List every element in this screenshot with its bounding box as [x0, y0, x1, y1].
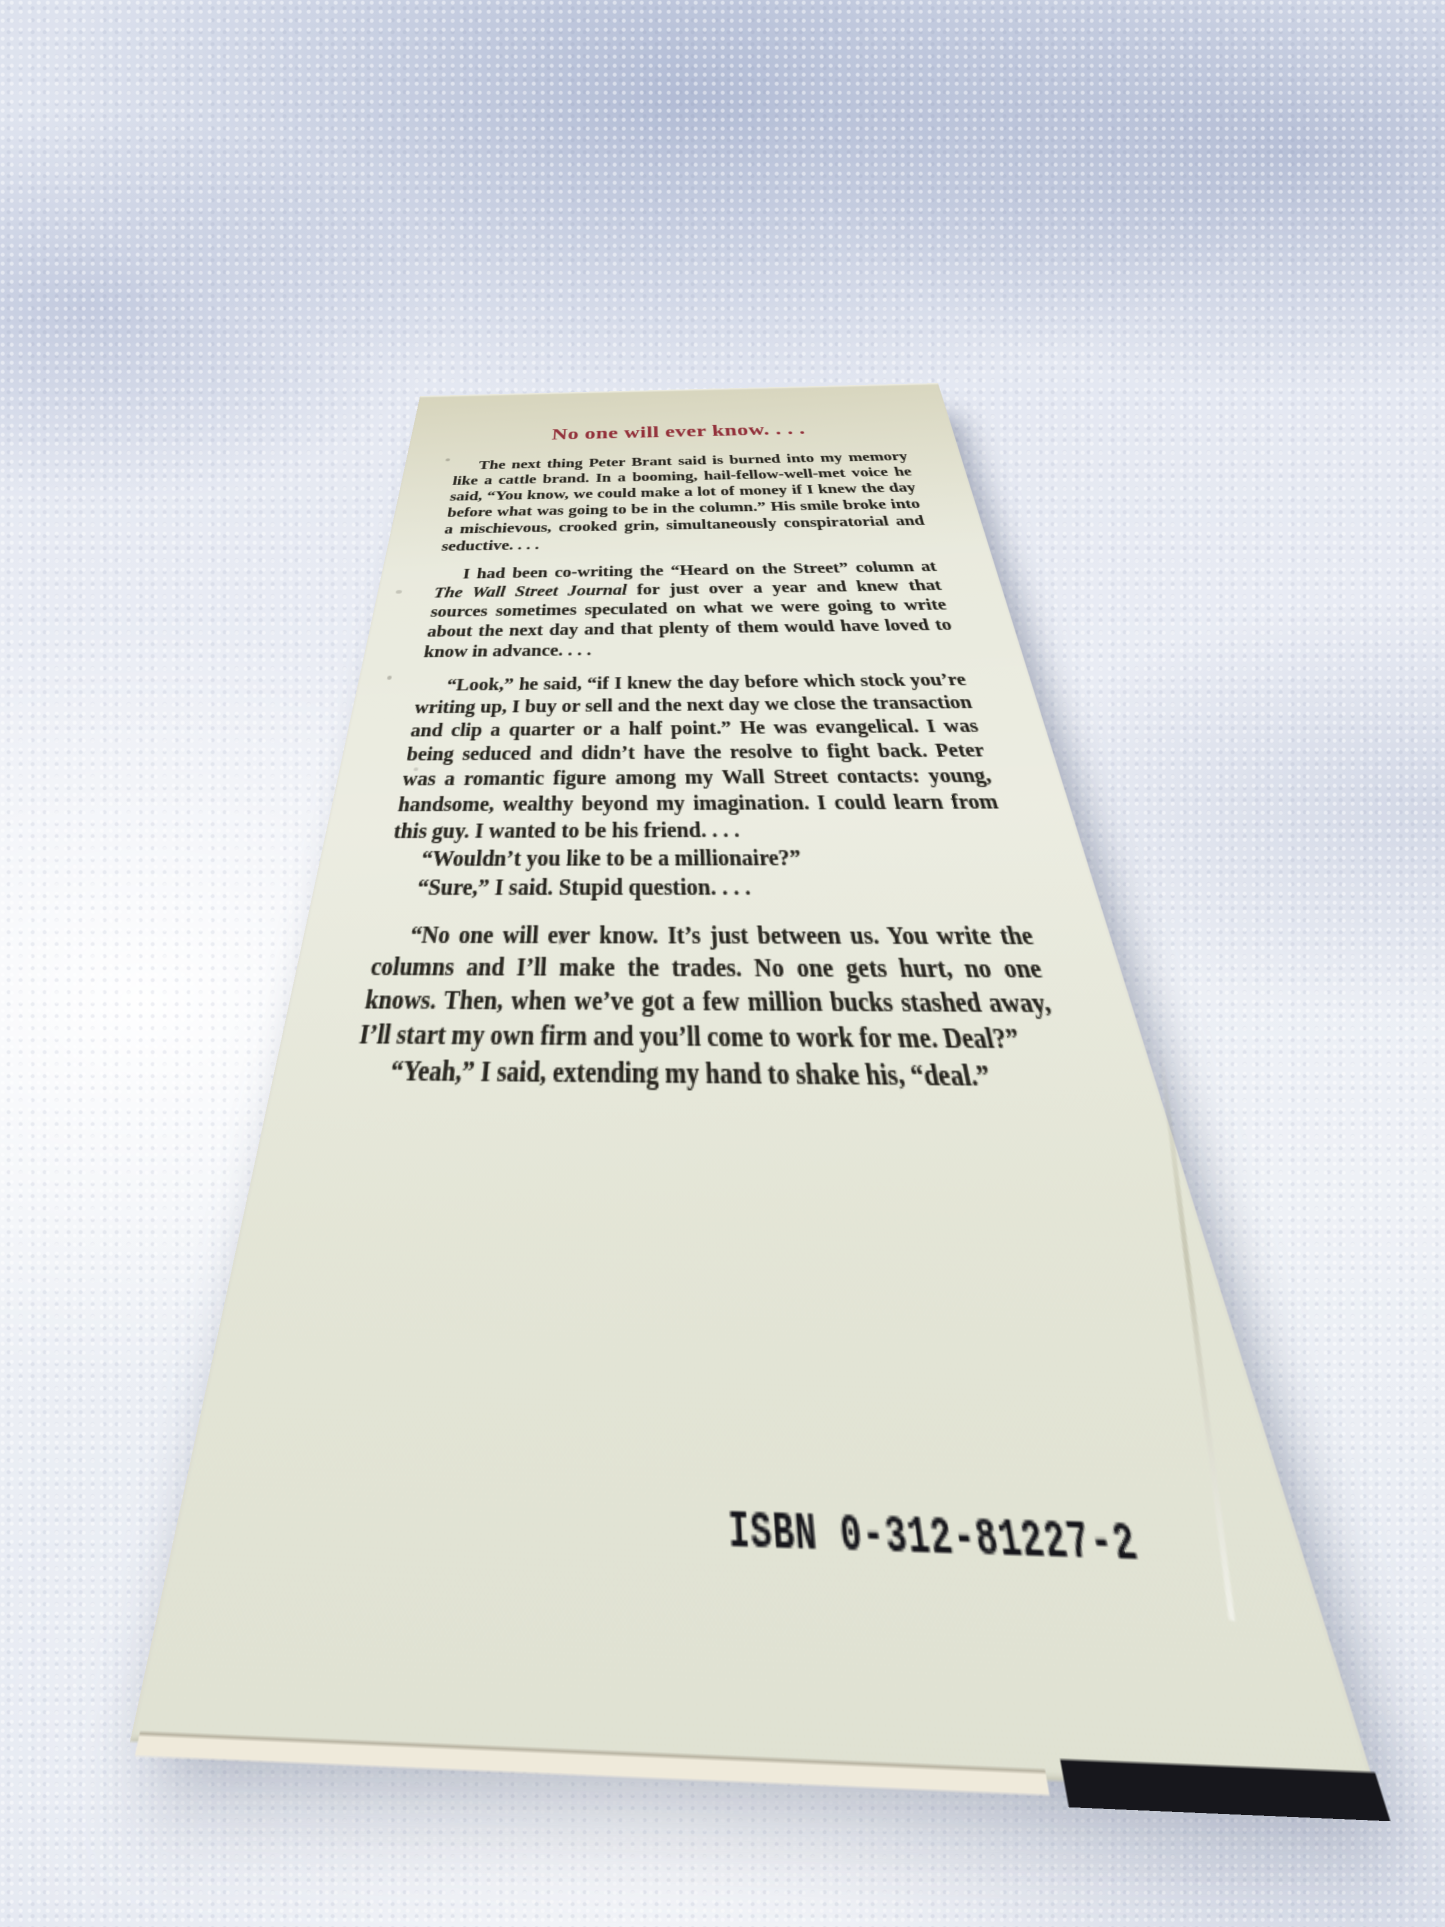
back-cover-headline: No one will ever know. . . .	[409, 417, 954, 448]
cover-smudge	[445, 458, 450, 461]
back-cover-paragraph: “Yeah,” I said, extending my hand to sha…	[351, 1052, 1074, 1096]
isbn-label: ISBN 0-312-81227-2	[683, 1498, 1192, 1578]
photo-of-book-on-fabric: { "back_cover": { "headline": "No one wi…	[0, 0, 1445, 1927]
cover-smudge	[395, 590, 402, 594]
back-cover-text-block: The next thing Peter Brant said is burne…	[351, 448, 1074, 1095]
back-cover-paragraph: I had been co-writing the “Heard on the …	[422, 557, 959, 662]
book-back-cover: No one will ever know. . . . The next th…	[130, 383, 1378, 1795]
back-cover-paragraph: “No one will ever know. It’s just betwee…	[357, 919, 1064, 1057]
back-cover-paragraph: The next thing Peter Brant said is burne…	[440, 448, 930, 555]
back-cover-paragraph: “Look,” he said, “if I knew the day befo…	[392, 668, 1008, 844]
back-cover-paragraph: “Wouldn’t you like to be a millionaire?”	[387, 843, 1016, 873]
cover-smudge	[387, 676, 392, 680]
back-cover-paragraph: “Sure,” I said. Stupid question. . . .	[382, 872, 1023, 902]
